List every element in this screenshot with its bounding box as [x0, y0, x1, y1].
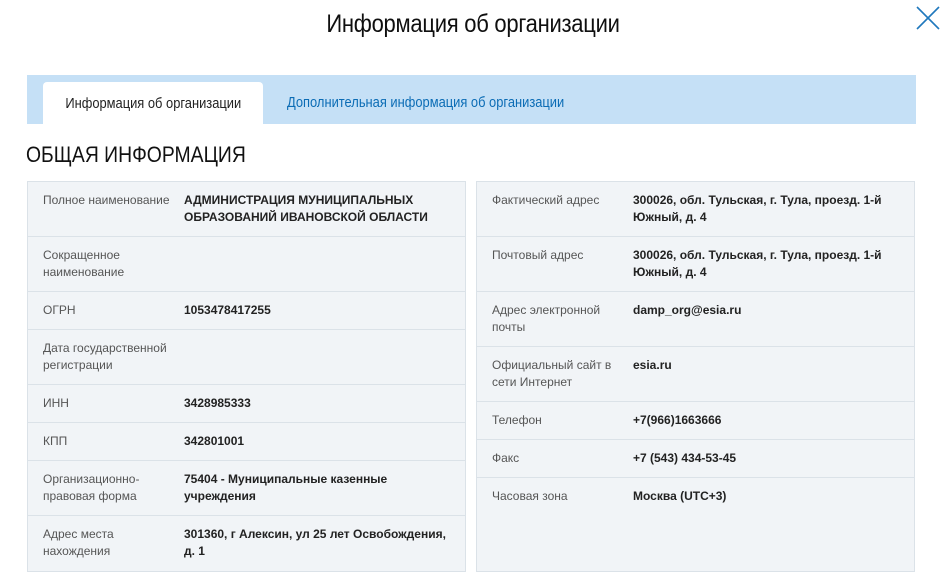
- field-row-postal-address: Почтовый адрес 300026, обл. Тульская, г.…: [477, 237, 914, 292]
- field-label: Полное наименование: [43, 192, 184, 236]
- field-row-short-name: Сокращенное наименование: [28, 237, 465, 292]
- field-value: 1053478417255: [184, 302, 271, 329]
- field-value: 300026, обл. Тульская, г. Тула, проезд. …: [633, 247, 898, 291]
- field-value: esia.ru: [633, 357, 672, 401]
- field-value: 3428985333: [184, 395, 251, 422]
- general-info-right-panel: Фактический адрес 300026, обл. Тульская,…: [476, 181, 915, 572]
- tab-label: Информация об организации: [65, 95, 241, 112]
- tab-organization-info[interactable]: Информация об организации: [43, 82, 263, 124]
- field-row-full-name: Полное наименование АДМИНИСТРАЦИЯ МУНИЦИ…: [28, 182, 465, 237]
- close-icon: [914, 4, 942, 32]
- field-row-actual-address: Фактический адрес 300026, обл. Тульская,…: [477, 182, 914, 237]
- section-title: ОБЩАЯ ИНФОРМАЦИЯ: [26, 142, 276, 168]
- field-label: ОГРН: [43, 302, 184, 329]
- field-label: Организационно-правовая форма: [43, 471, 184, 515]
- field-row-ogrn: ОГРН 1053478417255: [28, 292, 465, 330]
- field-label: Официальный сайт в сети Интернет: [492, 357, 633, 401]
- field-label: Телефон: [492, 412, 633, 439]
- field-value: 300026, обл. Тульская, г. Тула, проезд. …: [633, 192, 898, 236]
- field-value: 301360, г Алексин, ул 25 лет Освобождени…: [184, 526, 449, 571]
- field-value: АДМИНИСТРАЦИЯ МУНИЦИПАЛЬНЫХ ОБРАЗОВАНИЙ …: [184, 192, 449, 236]
- field-value: 75404 - Муниципальные казенные учреждени…: [184, 471, 449, 515]
- field-row-phone: Телефон +7(966)1663666: [477, 402, 914, 440]
- dialog-title: Информация об организации: [57, 10, 889, 39]
- field-label: Дата государственной регистрации: [43, 340, 184, 384]
- field-row-fax: Факс +7 (543) 434-53-45: [477, 440, 914, 478]
- tab-additional-info[interactable]: Дополнительная информация об организации: [287, 94, 609, 111]
- field-value: damp_org@esia.ru: [633, 302, 741, 346]
- tab-label: Дополнительная информация об организации: [287, 94, 564, 111]
- field-value: 342801001: [184, 433, 244, 460]
- field-row-timezone: Часовая зона Москва (UTC+3): [477, 478, 914, 516]
- field-label: Адрес места нахождения: [43, 526, 184, 571]
- field-label: ИНН: [43, 395, 184, 422]
- field-label: Часовая зона: [492, 488, 633, 516]
- field-label: Сокращенное наименование: [43, 247, 184, 291]
- field-row-email: Адрес электронной почты damp_org@esia.ru: [477, 292, 914, 347]
- field-row-location-address: Адрес места нахождения 301360, г Алексин…: [28, 516, 465, 571]
- field-label: Фактический адрес: [492, 192, 633, 236]
- field-row-website: Официальный сайт в сети Интернет esia.ru: [477, 347, 914, 402]
- field-label: КПП: [43, 433, 184, 460]
- field-row-registration-date: Дата государственной регистрации: [28, 330, 465, 385]
- field-row-legal-form: Организационно-правовая форма 75404 - Му…: [28, 461, 465, 516]
- field-value: +7(966)1663666: [633, 412, 721, 439]
- general-info-left-panel: Полное наименование АДМИНИСТРАЦИЯ МУНИЦИ…: [27, 181, 466, 572]
- close-button[interactable]: [914, 4, 942, 32]
- field-label: Адрес электронной почты: [492, 302, 633, 346]
- field-value: Москва (UTC+3): [633, 488, 726, 516]
- field-value: +7 (543) 434-53-45: [633, 450, 736, 477]
- field-row-kpp: КПП 342801001: [28, 423, 465, 461]
- field-row-inn: ИНН 3428985333: [28, 385, 465, 423]
- field-label: Факс: [492, 450, 633, 477]
- field-label: Почтовый адрес: [492, 247, 633, 291]
